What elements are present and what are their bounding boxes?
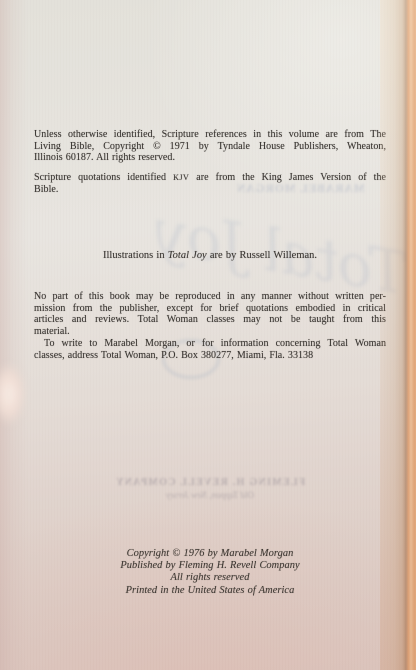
text-line: classes, address Total Woman, P.O. Box 3… [34, 350, 386, 362]
text-line: To write to Marabel Morgan, or for infor… [34, 338, 386, 350]
book-page-edge [380, 0, 416, 670]
scripture-source-notice: Unless otherwise identified, Scripture r… [34, 129, 386, 164]
kjv-notice-before: Scripture quotations identified [34, 172, 173, 183]
copyright-imprint: Copyright © 1976 by Marabel Morgan Publi… [34, 548, 386, 597]
illustrations-credit-before: Illustrations in [103, 250, 168, 261]
showthrough-location-line: Old Tappan, New Jersey [34, 490, 386, 500]
text-line: Illinois 60187. All rights reserved. [34, 152, 386, 164]
kjv-notice-after: are from the King James Version of the [189, 172, 386, 183]
showthrough-publisher-line: FLEMING H. REVELL COMPANY [34, 477, 386, 488]
text-line: Living Bible, Copyright © 1971 by Tyndal… [34, 141, 386, 153]
text-line: mission from the publisher, except for b… [34, 303, 386, 315]
text-line: Unless otherwise identified, Scripture r… [34, 129, 386, 141]
showthrough-publisher-imprint: FLEMING H. REVELL COMPANY Old Tappan, Ne… [34, 477, 386, 500]
kjv-abbreviation: KJV [173, 173, 189, 182]
page-left-shadow [0, 0, 28, 670]
illustrations-credit: Illustrations in Total Joy are by Russel… [34, 250, 386, 262]
illustrations-credit-after: are by Russell Willeman. [207, 250, 317, 261]
printed-line: Printed in the United States of America [34, 585, 386, 597]
copyright-line: Copyright © 1976 by Marabel Morgan [34, 548, 386, 560]
book-copyright-page-photo: MARABEL MORGAN Total Joy FLEMING H. REVE… [0, 0, 416, 670]
publisher-line: Published by Fleming H. Revell Company [34, 560, 386, 572]
text-line: No part of this book may be reproduced i… [34, 291, 386, 303]
rights-line: All rights reserved [34, 572, 386, 584]
text-line: articles and reviews. Total Woman classe… [34, 314, 386, 326]
book-title-italic: Total Joy [168, 250, 207, 261]
text-line: material. [34, 326, 386, 338]
kjv-notice: Scripture quotations identified KJV are … [34, 172, 386, 195]
text-line: Scripture quotations identified KJV are … [34, 172, 386, 184]
reproduction-notice: No part of this book may be reproduced i… [34, 291, 386, 361]
text-line: Bible. [34, 184, 386, 196]
